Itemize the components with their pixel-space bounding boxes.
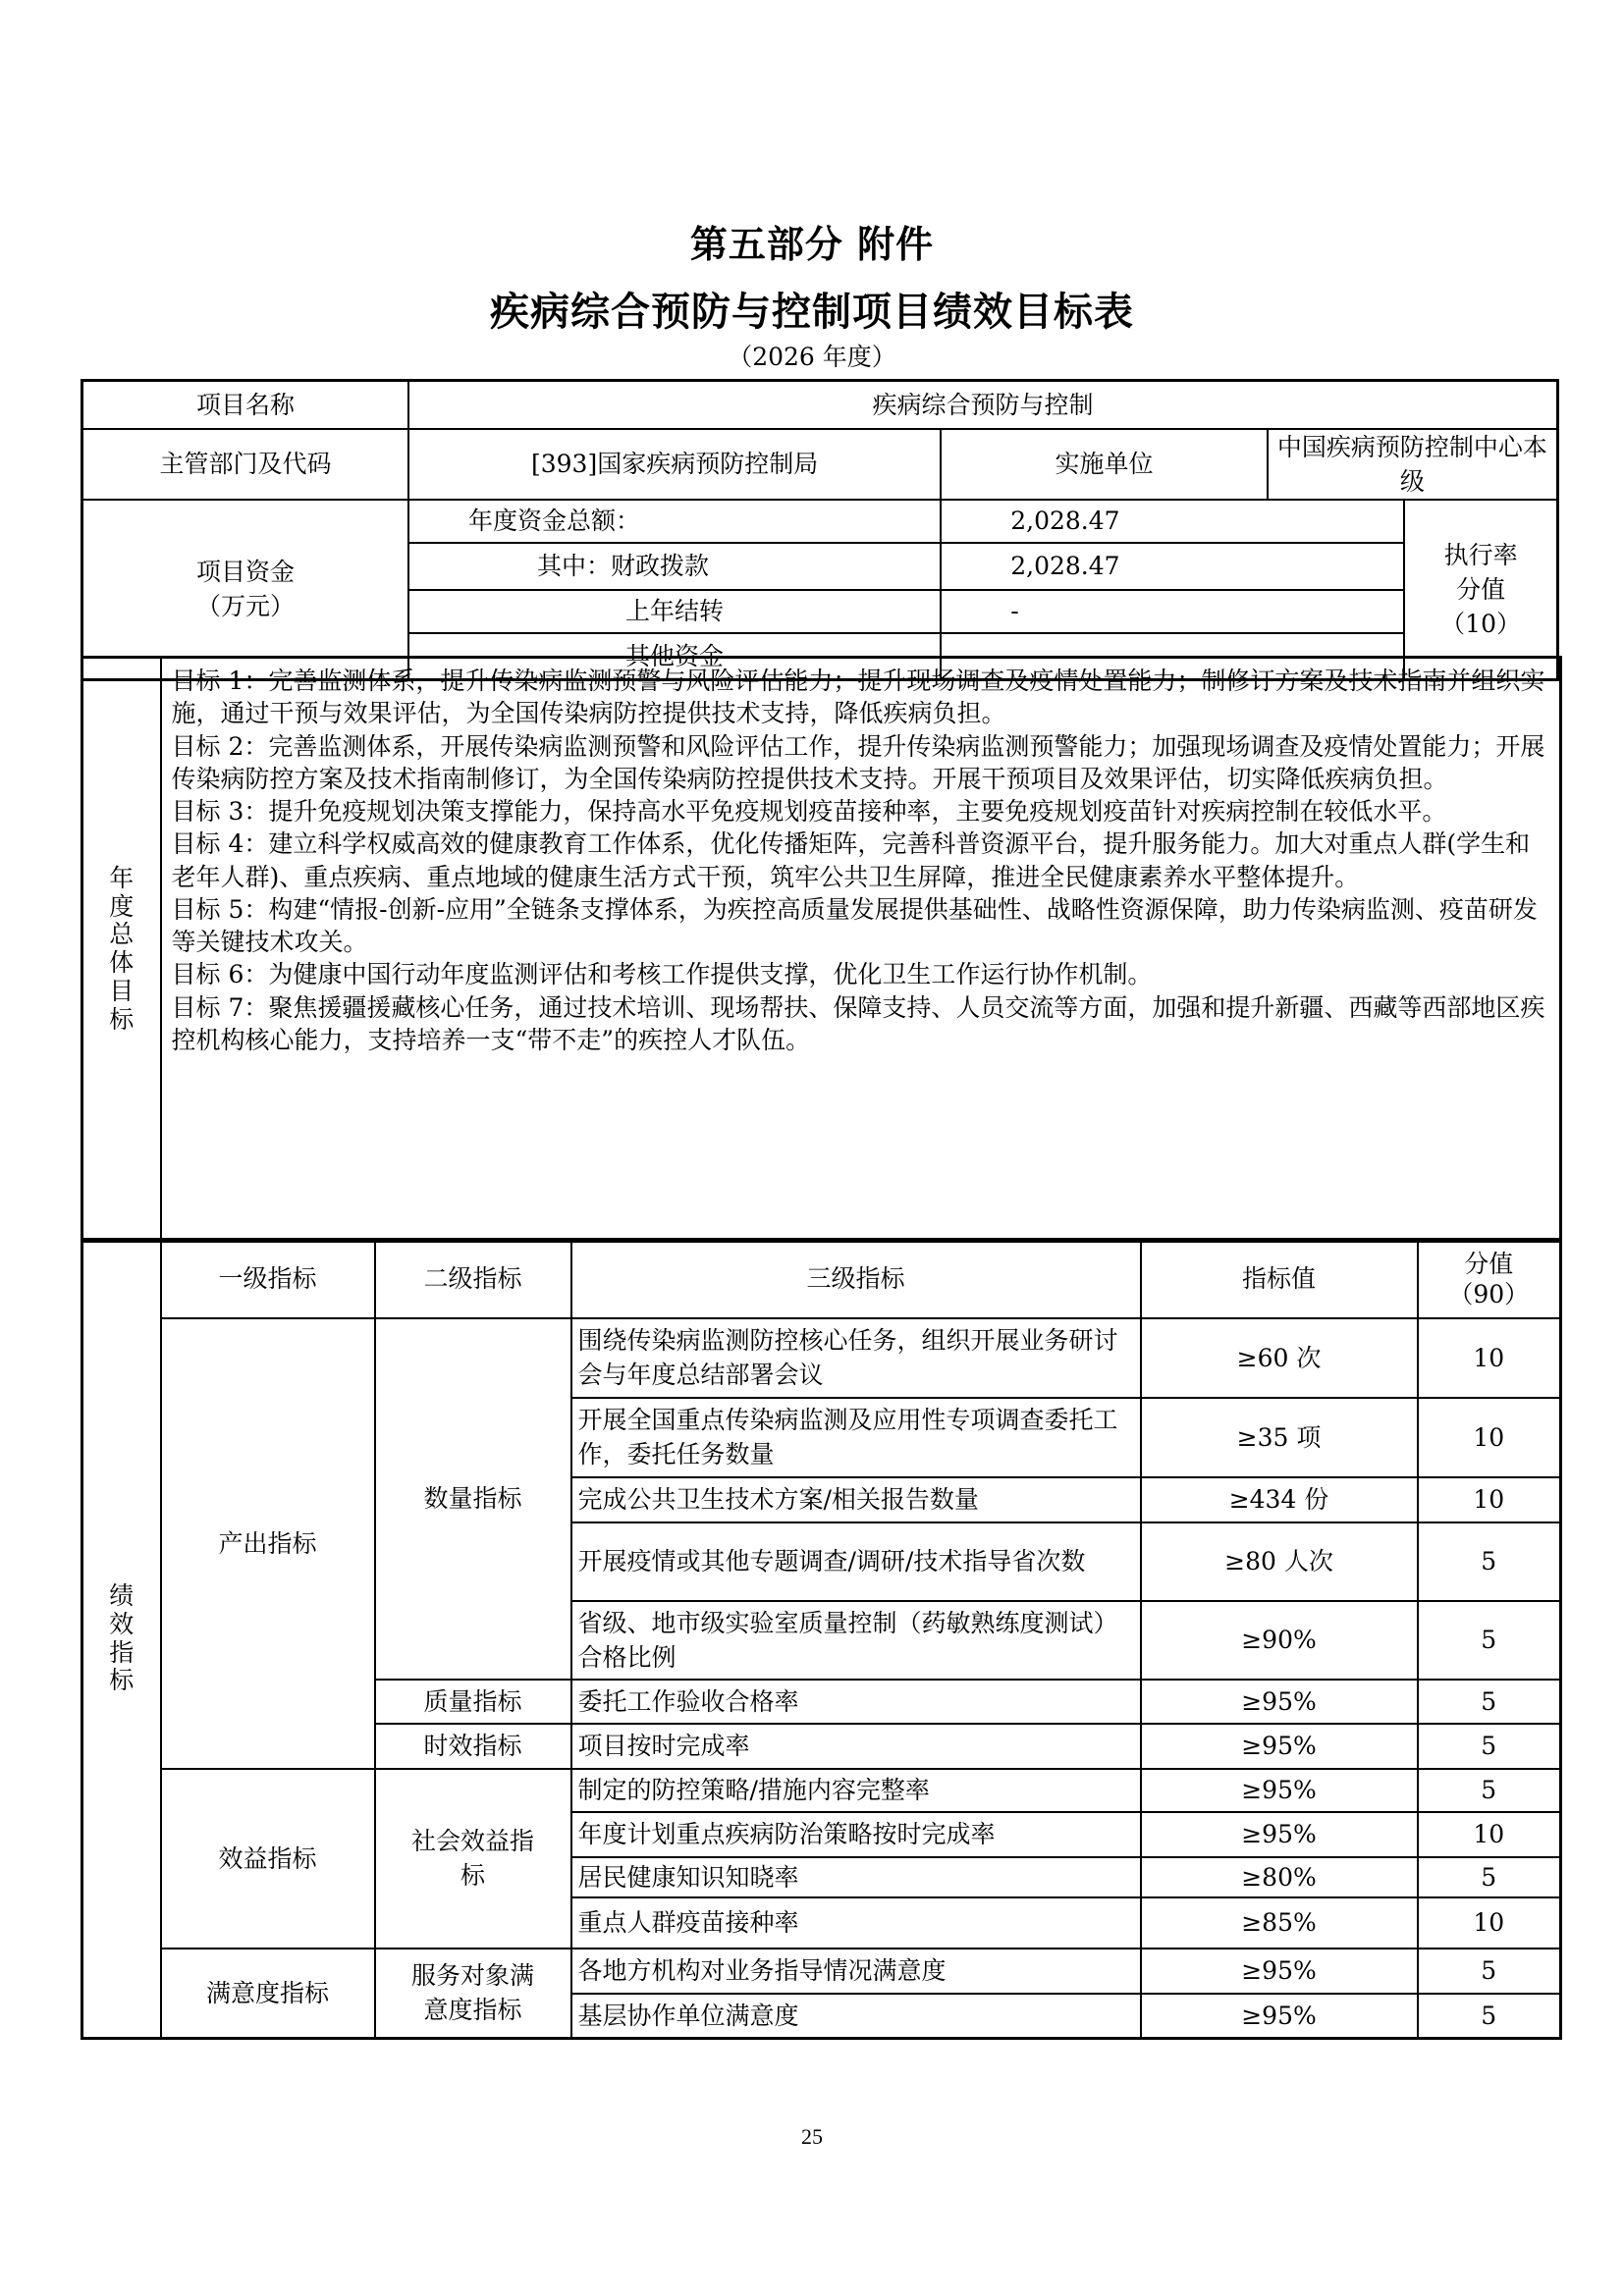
- indicator-name: 完成公共卫生技术方案/相关报告数量: [571, 1477, 1141, 1522]
- indicator-score: 10: [1418, 1812, 1561, 1857]
- fund-row-label: 年度资金总额：: [408, 500, 941, 543]
- part-title: 第五部分 附件: [0, 214, 1624, 268]
- funds-label-line2: （万元）: [196, 592, 295, 620]
- goal-item: 目标 6：为健康中国行动年度监测评估和考核工作提供支撑，优化卫生工作运行协作机制…: [172, 958, 1550, 990]
- indicator-value: ≥434 份: [1141, 1477, 1418, 1522]
- header-score: 分值 （90）: [1418, 1240, 1561, 1318]
- annual-goals-side-label: 年 度 总 体 目 标: [82, 658, 161, 1242]
- indicator-name: 开展全国重点传染病监测及应用性专项调查委托工作，委托任务数量: [571, 1398, 1141, 1477]
- indicator-score: 5: [1418, 1769, 1561, 1812]
- indicator-value: ≥95%: [1141, 1680, 1418, 1724]
- fund-row-label: 其中：财政拨款: [408, 543, 941, 590]
- subgroup-quality: 质量指标: [375, 1680, 571, 1724]
- project-info-table: 项目名称 疾病综合预防与控制 主管部门及代码 [393]国家疾病预防控制局 实施…: [81, 379, 1559, 681]
- fund-row-label: 上年结转: [408, 590, 941, 633]
- funds-label-line1: 项目资金: [196, 558, 295, 586]
- goal-item: 目标 1：完善监测体系，提升传染病监测预警与风险评估能力；提升现场调查及疫情处置…: [172, 665, 1550, 730]
- performance-side-label: 绩 效 指 标: [82, 1240, 161, 2039]
- project-name-label: 项目名称: [82, 381, 408, 429]
- page-number: 25: [0, 2124, 1624, 2150]
- indicator-score: 5: [1418, 1522, 1561, 1601]
- funds-label: 项目资金 （万元）: [82, 500, 408, 680]
- indicator-value: ≥90%: [1141, 1601, 1418, 1680]
- header-value: 指标值: [1141, 1240, 1418, 1318]
- goal-item: 目标 3：提升免疫规划决策支撑能力，保持高水平免疫规划疫苗接种率，主要免疫规划疫…: [172, 795, 1550, 828]
- indicator-score: 10: [1418, 1318, 1561, 1398]
- indicator-value: ≥95%: [1141, 1949, 1418, 1994]
- goal-item: 目标 5：构建“情报-创新-应用”全链条支撑体系，为疾控高质量发展提供基础性、战…: [172, 893, 1550, 959]
- group-satisfaction: 满意度指标: [161, 1949, 375, 2039]
- subgroup-social-benefit: 社会效益指 标: [375, 1769, 571, 1949]
- subgroup-timeliness: 时效指标: [375, 1724, 571, 1769]
- indicator-value: ≥80%: [1141, 1857, 1418, 1897]
- indicator-name: 居民健康知识知晓率: [571, 1857, 1141, 1897]
- indicator-name: 年度计划重点疾病防治策略按时完成率: [571, 1812, 1141, 1857]
- fund-row-value: -: [941, 590, 1404, 633]
- indicator-name: 围绕传染病监测防控核心任务，组织开展业务研讨会与年度总结部署会议: [571, 1318, 1141, 1398]
- subgroup-quantity: 数量指标: [375, 1318, 571, 1680]
- indicator-score: 10: [1418, 1398, 1561, 1477]
- indicator-name: 制定的防控策略/措施内容完整率: [571, 1769, 1141, 1812]
- indicator-value: ≥80 人次: [1141, 1522, 1418, 1601]
- indicator-value: ≥95%: [1141, 1994, 1418, 2039]
- indicator-name: 重点人群疫苗接种率: [571, 1897, 1141, 1949]
- impl-label: 实施单位: [941, 429, 1267, 500]
- indicator-name: 基层协作单位满意度: [571, 1994, 1141, 2039]
- exec-rate-line3: （10）: [1440, 610, 1521, 638]
- indicator-score: 5: [1418, 1857, 1561, 1897]
- indicator-value: ≥95%: [1141, 1812, 1418, 1857]
- fund-row-value: 2,028.47: [941, 500, 1404, 543]
- table-title: 疾病综合预防与控制项目绩效目标表: [0, 281, 1624, 337]
- performance-indicators-table: 绩 效 指 标 一级指标 二级指标 三级指标 指标值 分值 （90） 产出指标 …: [81, 1238, 1562, 2040]
- indicator-name: 项目按时完成率: [571, 1724, 1141, 1769]
- indicator-name: 各地方机构对业务指导情况满意度: [571, 1949, 1141, 1994]
- year-note: （2026 年度）: [0, 338, 1624, 373]
- header-level1: 一级指标: [161, 1240, 375, 1318]
- impl-value: 中国疾病预防控制中心本级: [1268, 429, 1558, 500]
- group-output: 产出指标: [161, 1318, 375, 1769]
- indicator-name: 开展疫情或其他专题调查/调研/技术指导省次数: [571, 1522, 1141, 1601]
- exec-rate-line2: 分值: [1456, 575, 1505, 604]
- indicator-score: 5: [1418, 1994, 1561, 2039]
- subgroup-service-satisfaction: 服务对象满 意度指标: [375, 1949, 571, 2039]
- goal-item: 目标 7：聚焦援疆援藏核心任务，通过技术培训、现场帮扶、保障支持、人员交流等方面…: [172, 991, 1550, 1057]
- indicator-value: ≥95%: [1141, 1724, 1418, 1769]
- dept-label: 主管部门及代码: [82, 429, 408, 500]
- indicator-value: ≥60 次: [1141, 1318, 1418, 1398]
- header-level2: 二级指标: [375, 1240, 571, 1318]
- goal-item: 目标 2：完善监测体系，开展传染病监测预警和风险评估工作，提升传染病监测预警能力…: [172, 730, 1550, 796]
- exec-rate-line1: 执行率: [1444, 541, 1518, 569]
- dept-value: [393]国家疾病预防控制局: [408, 429, 941, 500]
- indicator-name: 省级、地市级实验室质量控制（药敏熟练度测试）合格比例: [571, 1601, 1141, 1680]
- indicator-value: ≥95%: [1141, 1769, 1418, 1812]
- group-benefit: 效益指标: [161, 1769, 375, 1949]
- indicator-value: ≥35 项: [1141, 1398, 1418, 1477]
- annual-goals-text: 目标 1：完善监测体系，提升传染病监测预警与风险评估能力；提升现场调查及疫情处置…: [161, 658, 1561, 1242]
- indicator-score: 10: [1418, 1477, 1561, 1522]
- indicator-value: ≥85%: [1141, 1897, 1418, 1949]
- indicator-name: 委托工作验收合格率: [571, 1680, 1141, 1724]
- indicator-score: 10: [1418, 1897, 1561, 1949]
- header-level3: 三级指标: [571, 1240, 1141, 1318]
- indicator-score: 5: [1418, 1601, 1561, 1680]
- indicator-score: 5: [1418, 1724, 1561, 1769]
- exec-rate-score: 执行率 分值 （10）: [1404, 500, 1557, 680]
- indicator-score: 5: [1418, 1949, 1561, 1994]
- goal-item: 目标 4：建立科学权威高效的健康教育工作体系，优化传播矩阵，完善科普资源平台，提…: [172, 828, 1550, 893]
- indicator-score: 5: [1418, 1680, 1561, 1724]
- fund-row-value: 2,028.47: [941, 543, 1404, 590]
- project-name-value: 疾病综合预防与控制: [408, 381, 1558, 429]
- annual-goals-table: 年 度 总 体 目 标 目标 1：完善监测体系，提升传染病监测预警与风险评估能力…: [81, 656, 1562, 1243]
